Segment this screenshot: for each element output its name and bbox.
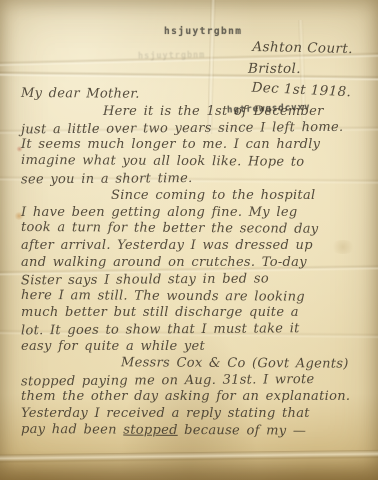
letter-line: here I am still. The wounds are looking bbox=[21, 287, 371, 306]
faint-stamp-text: hsjuytrgbnm bbox=[138, 50, 205, 61]
letter-line: them the other day asking for an explana… bbox=[21, 389, 371, 406]
letter-line: and walking around on crutches. To-day bbox=[21, 255, 371, 272]
letter-line: It seems much longer to me. I can hardly bbox=[21, 137, 371, 154]
letter-last-line: pay had been stopped because of my — bbox=[21, 422, 371, 441]
last-line-pre: pay had been bbox=[21, 422, 123, 438]
letter-line: easy for quite a while yet bbox=[21, 339, 371, 356]
letter-line: Yesterday I received a reply stating tha… bbox=[21, 406, 371, 423]
letter-line: see you in a short time. bbox=[21, 170, 371, 190]
letter-line: took a turn for the better the second da… bbox=[21, 220, 371, 239]
paper-fold-bottom bbox=[0, 449, 378, 463]
letter-photo: hsjuytrgbnm hsjuytrgbnm hgtrewqsdcvxv As… bbox=[0, 0, 378, 480]
last-line-post: because of my — bbox=[178, 423, 307, 439]
letter-line: stopped paying me on Aug. 31st. I wrote bbox=[21, 371, 371, 391]
salutation: My dear Mother. bbox=[21, 86, 371, 105]
address-line: Bristol. bbox=[248, 59, 349, 80]
top-stamp-text: hsjuytrgbnm bbox=[164, 26, 242, 37]
letter-line: lot. It goes to show that I must take it bbox=[21, 321, 371, 341]
letter-line: Messrs Cox & Co (Govt Agents) bbox=[121, 355, 371, 373]
letter-body: My dear Mother. Here it is the 1st of De… bbox=[21, 87, 371, 440]
letter-line: just a little over two years since I lef… bbox=[21, 119, 371, 139]
letter-line: Sister says I should stay in bed so bbox=[21, 270, 371, 290]
letter-line: after arrival. Yesterday I was dressed u… bbox=[21, 238, 371, 255]
letter-line: much better but still discharge quite a bbox=[21, 305, 371, 322]
address-line: Ashton Court. bbox=[252, 37, 353, 60]
letter-line: Here it is the 1st of December bbox=[103, 104, 371, 121]
last-line-underlined-word: stopped bbox=[123, 422, 178, 437]
letter-line: Since coming to the hospital bbox=[111, 188, 371, 205]
letter-line: I have been getting along fine. My leg bbox=[21, 205, 371, 222]
